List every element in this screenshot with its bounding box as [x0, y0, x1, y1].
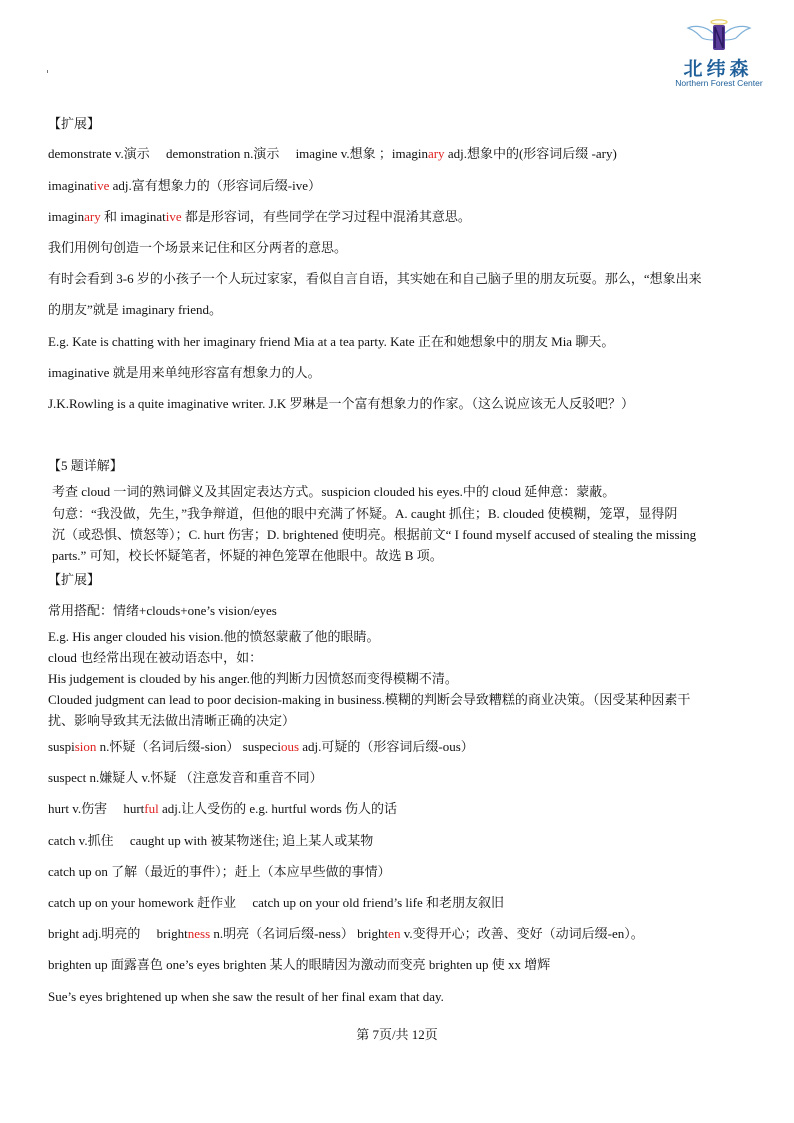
explanation-line: 考查 cloud 一词的熟词僻义及其固定表达方式。suspicion cloud… [52, 484, 615, 500]
winged-n-icon [686, 18, 752, 52]
logo-chinese-text: 北纬森 [668, 54, 768, 81]
text: suspi [48, 739, 75, 754]
text: bright adj.明亮的 bright [48, 926, 188, 941]
collocation-line: 常用搭配：情绪+clouds+one’s vision/eyes [48, 603, 277, 619]
vocab-line: suspect n.嫌疑人 v.怀疑 （注意发音和重音不同） [48, 770, 323, 786]
vocab-line: catch up on 了解（最近的事件）；赶上（本应早些做的事情） [48, 864, 391, 880]
text: adj.想象中的(形容词后缀 -ary) [445, 146, 617, 161]
example-sentence: E.g. His anger clouded his vision.他的愤怒蒙蔽… [48, 629, 379, 645]
explanation-line: 沉（或恐惧、愤怒等）；C. hurt 伤害；D. brightened 使明亮。… [52, 527, 696, 543]
example-sentence: E.g. Kate is chatting with her imaginary… [48, 334, 614, 350]
northern-forest-logo: 北纬森 Northern Forest Center [664, 18, 774, 90]
example-sentence: His judgement is clouded by his anger.他的… [48, 671, 458, 687]
paragraph: 的朋友”就是 imaginary friend。 [48, 302, 222, 318]
vocab-line: imaginary 和 imaginative 都是形容词，有些同学在学习过程中… [48, 209, 471, 225]
suffix-highlight: ful [144, 801, 158, 816]
example-sentence: J.K.Rowling is a quite imaginative write… [48, 396, 634, 412]
suffix-highlight: en [388, 926, 400, 941]
text: demonstrate v.演示 demonstration n.演示 imag… [48, 146, 428, 161]
section-heading-expand: 【扩展】 [48, 572, 100, 588]
text: 和 imaginat [101, 209, 166, 224]
suffix-highlight: sion [75, 739, 97, 754]
stray-mark [47, 70, 48, 73]
vocab-line: imaginative adj.富有想象力的（形容词后缀-ive） [48, 178, 321, 194]
vocab-line: bright adj.明亮的 brightness n.明亮（名词后缀-ness… [48, 926, 644, 942]
suffix-highlight: ary [84, 209, 101, 224]
text: adj.富有想象力的（形容词后缀-ive） [109, 178, 321, 193]
suffix-highlight: ive [94, 178, 110, 193]
suffix-highlight: ous [281, 739, 299, 754]
page-number: 第 7页/共 12页 [0, 1024, 794, 1043]
explanation-line: 句意：“我没做，先生，”我争辩道，但他的眼中充满了怀疑。A. caught 抓住… [52, 506, 677, 522]
text: imaginat [48, 178, 94, 193]
section-heading-q5: 【5 题详解】 [48, 458, 123, 474]
paragraph: imaginative 就是用来单纯形容富有想象力的人。 [48, 365, 321, 381]
suffix-highlight: ary [428, 146, 445, 161]
text: n.怀疑（名词后缀-sion） suspeci [96, 739, 281, 754]
example-sentence: Clouded judgment can lead to poor decisi… [48, 692, 690, 708]
text: v.变得开心；改善、变好（动词后缀-en）。 [400, 926, 643, 941]
example-sentence: 扰、影响导致其无法做出清晰正确的决定） [48, 713, 295, 729]
vocab-line: brighten up 面露喜色 one’s eyes brighten 某人的… [48, 957, 550, 973]
section-heading-expand: 【扩展】 [48, 116, 100, 132]
vocab-line: catch v.抓住 caught up with 被某物迷住; 追上某人或某物 [48, 833, 373, 849]
text: n.明亮（名词后缀-ness） bright [210, 926, 388, 941]
paragraph: cloud 也经常出现在被动语态中，如： [48, 650, 262, 666]
vocab-line: catch up on your homework 赶作业 catch up o… [48, 895, 504, 911]
logo-english-text: Northern Forest Center [664, 78, 774, 88]
explanation-line: parts.” 可知，校长怀疑笔者，怀疑的神色笼罩在他眼中。故选 B 项。 [52, 548, 443, 564]
paragraph: 我们用例句创造一个场景来记住和区分两者的意思。 [48, 240, 347, 256]
vocab-line: suspision n.怀疑（名词后缀-sion） suspecious adj… [48, 739, 474, 755]
suffix-highlight: ive [166, 209, 182, 224]
vocab-line: hurt v.伤害 hurtful adj.让人受伤的 e.g. hurtful… [48, 801, 397, 817]
text: imagin [48, 209, 84, 224]
suffix-highlight: ness [188, 926, 210, 941]
text: 都是形容词，有些同学在学习过程中混淆其意思。 [182, 209, 471, 224]
paragraph: 有时会看到 3-6 岁的小孩子一个人玩过家家，看似自言自语，其实她在和自己脑子里… [48, 271, 702, 287]
vocab-line: demonstrate v.演示 demonstration n.演示 imag… [48, 146, 617, 162]
example-sentence: Sue’s eyes brightened up when she saw th… [48, 989, 444, 1005]
text: adj.让人受伤的 e.g. hurtful words 伤人的话 [159, 801, 397, 816]
text: hurt v.伤害 hurt [48, 801, 144, 816]
text: adj.可疑的（形容词后缀-ous） [299, 739, 474, 754]
